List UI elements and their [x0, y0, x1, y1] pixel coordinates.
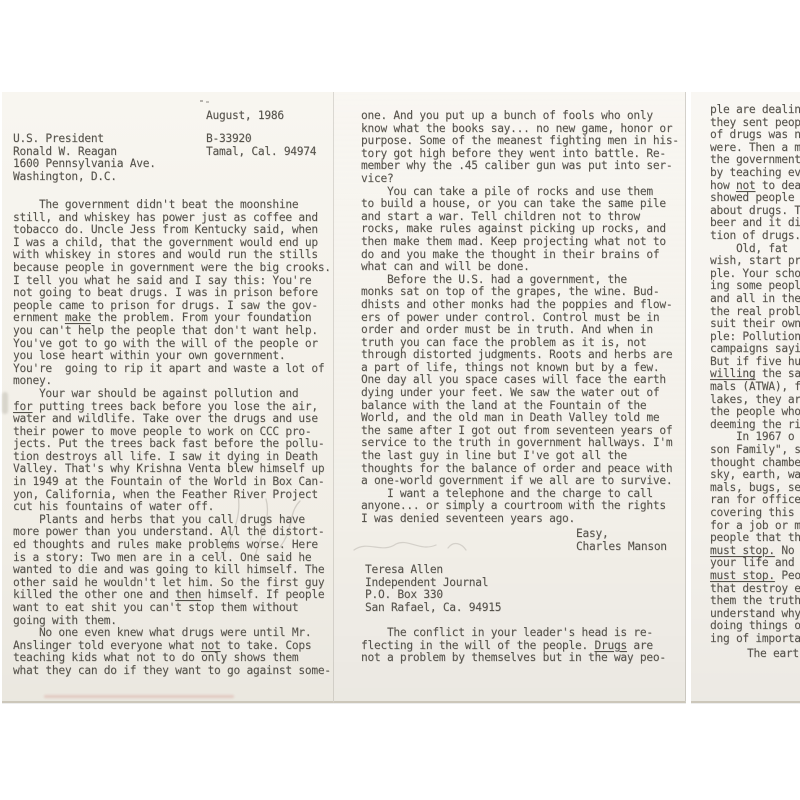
letter-page-1: August, 1986 U.S. PresidentRonald W. Rea… — [2, 92, 333, 703]
text-line: Washington, D.C. — [13, 171, 156, 184]
text-line: of drugs was no — [710, 129, 800, 142]
recipient-address: U.S. PresidentRonald W. Reagan1600 Penns… — [13, 133, 156, 183]
text-line: No one even knew what drugs were until M… — [13, 627, 331, 640]
text-line: not going to beat drugs. I was in prison… — [13, 287, 331, 300]
text-line: covering this u — [710, 507, 800, 520]
text-line: Your war should be against pollution and — [13, 388, 331, 401]
letter-page-3: ple are dealingthey sent peoplof drugs w… — [691, 92, 800, 703]
text-line: member why the .45 caliber gun was put i… — [361, 160, 679, 173]
text-line: in 1949 at the Fountain of the World in … — [13, 476, 331, 489]
text-line: The government didn't beat the moonshine — [13, 199, 331, 212]
text-line: one. And you put up a bunch of fools who… — [361, 110, 679, 123]
text-line: vice? — [361, 173, 679, 186]
text-line: the last guy in line but I've got all th… — [361, 450, 679, 463]
text-line: P.O. Box 330 — [365, 589, 501, 602]
text-line: ed thoughts and rules make problems wors… — [13, 539, 331, 552]
text-line: order and order must be in truth. And wh… — [361, 324, 679, 337]
text-line: tobacco do. Uncle Jess from Kentucky sai… — [13, 224, 331, 237]
closing-line: The eart — [747, 648, 799, 661]
text-line: them the truth — [710, 595, 800, 608]
text-line: mals (ATWA), fo — [710, 381, 800, 394]
text-line: you lose heart within your own governmen… — [13, 350, 331, 363]
pencil-scribble — [348, 530, 498, 560]
text-line: World, and the old man in Death Valley t… — [361, 412, 679, 425]
text-line: wanted to die and was going to kill hims… — [13, 564, 331, 577]
text-line: Charles Manson — [576, 541, 667, 554]
scanned-letter: August, 1986 U.S. PresidentRonald W. Rea… — [0, 0, 800, 800]
text-line: because people in government were the bi… — [13, 262, 331, 275]
edge-smudge — [2, 392, 8, 414]
text-line: jects. Put the trees back fast before th… — [13, 438, 331, 451]
letter-body-page1: The government didn't beat the moonshine… — [13, 199, 331, 678]
sender-id-block: B-33920Tamal, Cal. 94974 — [206, 133, 316, 158]
text-line: dying under your feet. We saw the water … — [361, 387, 679, 400]
text-line: through distorted judgments. Roots and h… — [361, 349, 679, 362]
text-line: Tamal, Cal. 94974 — [206, 146, 316, 159]
text-line: and all in the — [710, 293, 800, 306]
text-line: ing of importa — [710, 633, 800, 646]
paper-specks — [200, 100, 203, 102]
text-line: wish, start pro — [710, 255, 800, 268]
text-line: B-33920 — [206, 133, 316, 146]
text-line: Easy, — [576, 528, 667, 541]
text-line: to build a house, or you can take the sa… — [361, 198, 679, 211]
text-line: you can't help the people that don't wan… — [13, 325, 331, 338]
letter-date: August, 1986 — [206, 110, 284, 123]
postscript-paragraph: The conflict in your leader's head is re… — [361, 627, 666, 665]
signature-block: Easy,Charles Manson — [576, 528, 667, 553]
text-line: cut his fountains of water off. — [13, 501, 331, 514]
text-line: what can and will be done. — [361, 261, 679, 274]
letter-page-2: one. And you put up a bunch of fools who… — [333, 92, 686, 703]
text-line: purpose. Some of the meanest fighting me… — [361, 135, 679, 148]
text-line: suit their own — [710, 318, 800, 331]
text-line: son Family", st — [710, 444, 800, 457]
text-line: Teresa Allen — [365, 564, 501, 577]
text-line: You're going to rip it apart and waste a… — [13, 363, 331, 376]
text-line: must stop. Peop — [710, 570, 800, 583]
text-line: what they can do if they want to go agai… — [13, 665, 331, 678]
text-line: U.S. President — [13, 133, 156, 146]
journal-address: Teresa AllenIndependent JournalP.O. Box … — [365, 564, 501, 614]
text-line: I was denied seventeen years ago. — [361, 513, 679, 526]
letter-body-page3: ple are dealingthey sent peoplof drugs w… — [710, 104, 800, 646]
text-line: 1600 Pennsylvania Ave. — [13, 158, 156, 171]
ink-smear — [44, 695, 234, 698]
text-line: then make them mad. Keep projecting what… — [361, 236, 679, 249]
text-line: a one-world government if we all are to … — [361, 475, 679, 488]
text-line: want to eat shit you can't stop them wit… — [13, 602, 331, 615]
letter-body-page2: one. And you put up a bunch of fools who… — [361, 110, 679, 526]
text-line: tion of drugs. — [710, 230, 800, 243]
text-line: showed people w — [710, 192, 800, 205]
text-line: not a problem by themselves but in the w… — [361, 652, 666, 665]
text-line: sky, earth, wat — [710, 469, 800, 482]
text-line: water and wildlife. Take over the drugs … — [13, 413, 331, 426]
text-line: San Rafael, Ca. 94915 — [365, 602, 501, 615]
text-line: ple are dealing — [710, 104, 800, 117]
text-line: dhists and other monks had the poppies a… — [361, 299, 679, 312]
text-line: campaigns sayin — [710, 343, 800, 356]
text-line: the people who — [710, 406, 800, 419]
